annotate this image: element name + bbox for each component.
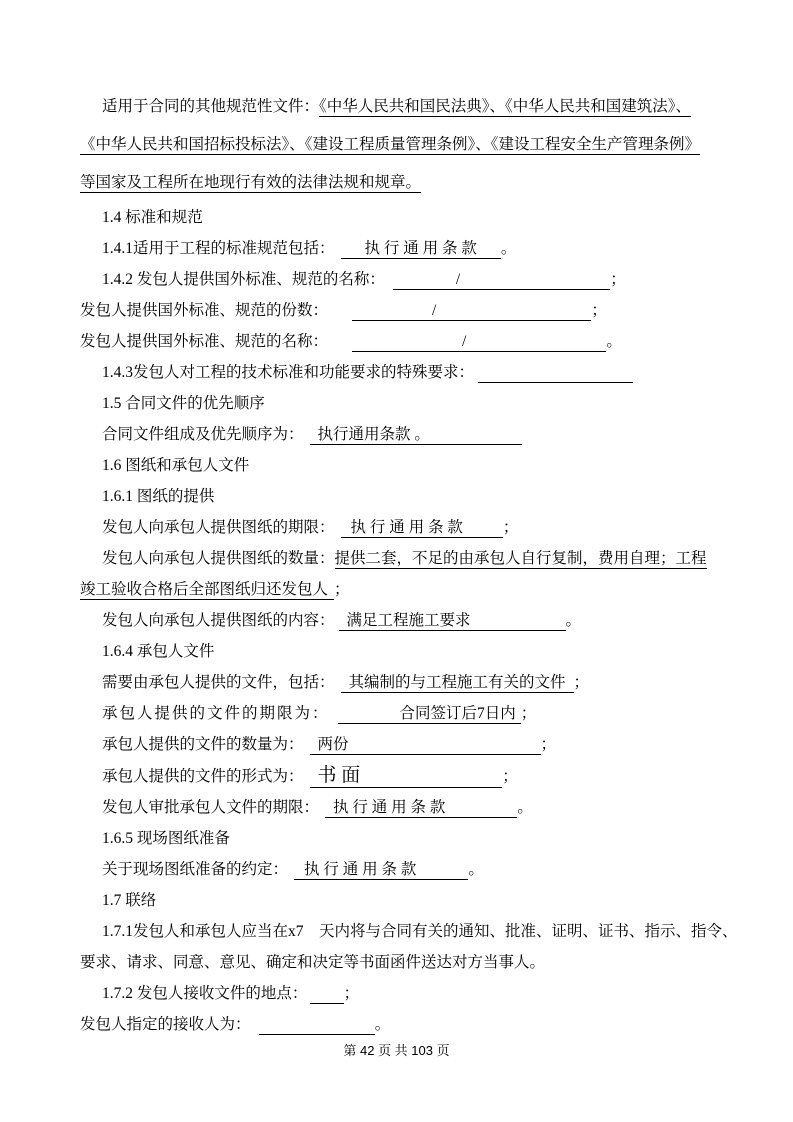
text-line: 1.6.5 现场图纸准备 bbox=[80, 823, 725, 854]
text-segment: ； bbox=[610, 271, 626, 288]
text-segment: 1.7.2 发包人接收文件的地点： bbox=[102, 985, 300, 1002]
text-segment: ； bbox=[574, 674, 590, 691]
text-segment: 。 bbox=[566, 612, 582, 629]
text-segment: ； bbox=[591, 302, 607, 319]
text-line: 1.4.2 发包人提供国外标准、规范的名称：/； bbox=[80, 264, 725, 295]
text-segment: 。 bbox=[468, 861, 484, 878]
text-segment: 1.7.1发包人和承包人应当在x7 天内将与合同有关的通知、批准、证明、证书、指… bbox=[102, 923, 738, 940]
text-line: 承包人提供的文件的数量为：两份； bbox=[80, 729, 725, 760]
underlined-text: 《中华人民共和国民法典》、《中华人民共和国建筑法》、 bbox=[319, 98, 691, 117]
text-segment: 1.5 合同文件的优先顺序 bbox=[102, 395, 265, 412]
text-segment: 承包人提供的文件的数量为： bbox=[102, 736, 304, 753]
text-line: 发包人向承包人提供图纸的期限：执 行 通 用 条 款； bbox=[80, 512, 725, 543]
text-line: 承包人提供的文件的形式为：书 面； bbox=[80, 760, 725, 792]
text-line: 适用于合同的其他规范性文件：《中华人民共和国民法典》、《中华人民共和国建筑法》、 bbox=[80, 88, 725, 126]
text-line: 1.6 图纸和承包人文件 bbox=[80, 450, 725, 481]
text-segment: ； bbox=[334, 581, 350, 598]
text-segment: 1.6.1 图纸的提供 bbox=[102, 488, 214, 505]
underlined-text: 合同签订后7日内 bbox=[338, 705, 521, 724]
content: 适用于合同的其他规范性文件：《中华人民共和国民法典》、《中华人民共和国建筑法》、… bbox=[80, 88, 725, 1040]
text-line: 要求、请求、同意、意见、确定和决定等书面函件送达对方当事人。 bbox=[80, 947, 725, 978]
text-line: 《中华人民共和国招标投标法》、《建设工程质量管理条例》、《建设工程安全生产管理条… bbox=[80, 126, 725, 164]
underlined-text: 执 行 通 用 条 款 bbox=[325, 799, 517, 818]
text-segment: 需要由承包人提供的文件，包括： bbox=[102, 674, 335, 691]
text-line: 1.5 合同文件的优先顺序 bbox=[80, 388, 725, 419]
text-line: 1.7.1发包人和承包人应当在x7 天内将与合同有关的通知、批准、证明、证书、指… bbox=[80, 916, 725, 947]
underlined-text: 执行通用条款 。 bbox=[310, 426, 522, 445]
text-segment: 发包人指定的接收人为： bbox=[80, 1016, 243, 1033]
underlined-text: 两份 bbox=[310, 736, 541, 755]
blank-field bbox=[310, 985, 344, 1004]
underlined-text: 《中华人民共和国招标投标法》、《建设工程质量管理条例》、《建设工程安全生产管理条… bbox=[80, 136, 700, 155]
underlined-text: 执 行 通 用 条 款 bbox=[294, 861, 468, 880]
text-line: 承包人提供的文件的期限为：合同签订后7日内； bbox=[80, 698, 725, 729]
text-segment: 发包人提供国外标准、规范的份数： bbox=[80, 302, 328, 319]
document-page: 适用于合同的其他规范性文件：《中华人民共和国民法典》、《中华人民共和国建筑法》、… bbox=[0, 0, 793, 1122]
text-segment: 1.4.2 发包人提供国外标准、规范的名称： bbox=[102, 271, 385, 288]
underlined-text: 执 行 通 用 条 款 bbox=[341, 519, 503, 538]
text-line: 发包人向承包人提供图纸的内容：满足工程施工要求。 bbox=[80, 605, 725, 636]
text-segment: 1.6 图纸和承包人文件 bbox=[102, 457, 249, 474]
text-segment: 承包人提供的文件的期限为： bbox=[102, 705, 330, 722]
text-line: 竣工验收合格后全部图纸归还发包人； bbox=[80, 574, 725, 605]
text-line: 发包人提供国外标准、规范的名称：/。 bbox=[80, 326, 725, 357]
text-segment: 1.6.5 现场图纸准备 bbox=[102, 830, 230, 847]
blank-field bbox=[478, 364, 633, 383]
text-segment: ； bbox=[521, 705, 537, 722]
underlined-text: / bbox=[393, 271, 610, 290]
text-segment: 。 bbox=[375, 1016, 391, 1033]
text-segment: 1.4 标准和规范 bbox=[102, 209, 203, 226]
underlined-text: 竣工验收合格后全部图纸归还发包人 bbox=[80, 581, 334, 600]
underlined-text: / bbox=[352, 333, 606, 352]
text-line: 等国家及工程所在地现行有效的法律法规和规章。 bbox=[80, 164, 725, 202]
text-line: 1.6.1 图纸的提供 bbox=[80, 481, 725, 512]
text-line: 1.4.3发包人对工程的技术标准和功能要求的特殊要求： bbox=[80, 357, 725, 388]
text-segment: ； bbox=[502, 768, 518, 785]
text-segment: ； bbox=[344, 985, 360, 1002]
text-segment: 。 bbox=[501, 240, 517, 257]
text-segment: 。 bbox=[517, 799, 533, 816]
text-line: 1.7 联络 bbox=[80, 885, 725, 916]
underlined-text: 书 面 bbox=[310, 765, 503, 788]
text-line: 需要由承包人提供的文件，包括：其编制的与工程施工有关的文件； bbox=[80, 667, 725, 698]
text-segment: 承包人提供的文件的形式为： bbox=[102, 768, 304, 785]
text-segment: 发包人提供国外标准、规范的名称： bbox=[80, 333, 328, 350]
text-line: 1.7.2 发包人接收文件的地点：； bbox=[80, 978, 725, 1009]
text-segment: 。 bbox=[606, 333, 622, 350]
text-line: 发包人审批承包人文件的期限：执 行 通 用 条 款。 bbox=[80, 792, 725, 823]
underlined-text: 执 行 通 用 条 款 bbox=[341, 240, 501, 259]
text-segment: 发包人审批承包人文件的期限： bbox=[102, 799, 319, 816]
text-segment: 合同文件组成及优先顺序为： bbox=[102, 426, 304, 443]
text-line: 1.4 标准和规范 bbox=[80, 202, 725, 233]
text-segment: 适用于合同的其他规范性文件： bbox=[102, 98, 319, 115]
underlined-text: 满足工程施工要求 bbox=[339, 612, 566, 631]
text-line: 1.4.1适用于工程的标准规范包括：执 行 通 用 条 款。 bbox=[80, 233, 725, 264]
page-number-footer: 第 42 页 共 103 页 bbox=[0, 1040, 793, 1059]
text-line: 发包人指定的接收人为：。 bbox=[80, 1009, 725, 1040]
text-segment: ； bbox=[541, 736, 557, 753]
text-line: 关于现场图纸准备的约定：执 行 通 用 条 款。 bbox=[80, 854, 725, 885]
text-line: 发包人提供国外标准、规范的份数：/； bbox=[80, 295, 725, 326]
text-segment: ； bbox=[503, 519, 519, 536]
text-segment: 要求、请求、同意、意见、确定和决定等书面函件送达对方当事人。 bbox=[80, 954, 545, 971]
underlined-text: 提供二套，不足的由承包人自行复制，费用自理；工程 bbox=[335, 550, 707, 569]
underlined-text: / bbox=[352, 302, 591, 321]
blank-field bbox=[259, 1016, 375, 1035]
text-segment: 1.4.1适用于工程的标准规范包括： bbox=[102, 240, 335, 257]
text-segment: 1.6.4 承包人文件 bbox=[102, 643, 214, 660]
text-segment: 发包人向承包人提供图纸的期限： bbox=[102, 519, 335, 536]
text-segment: 1.4.3发包人对工程的技术标准和功能要求的特殊要求： bbox=[102, 364, 474, 381]
text-segment: 发包人向承包人提供图纸的内容： bbox=[102, 612, 335, 629]
text-segment: 发包人向承包人提供图纸的数量： bbox=[102, 550, 335, 567]
text-line: 发包人向承包人提供图纸的数量：提供二套，不足的由承包人自行复制，费用自理；工程 bbox=[80, 543, 725, 574]
underlined-text: 等国家及工程所在地现行有效的法律法规和规章。 bbox=[80, 174, 421, 193]
text-segment: 1.7 联络 bbox=[102, 892, 156, 909]
underlined-text: 其编制的与工程施工有关的文件 bbox=[341, 674, 574, 693]
text-line: 1.6.4 承包人文件 bbox=[80, 636, 725, 667]
text-segment: 关于现场图纸准备的约定： bbox=[102, 861, 288, 878]
text-line: 合同文件组成及优先顺序为：执行通用条款 。 bbox=[80, 419, 725, 450]
